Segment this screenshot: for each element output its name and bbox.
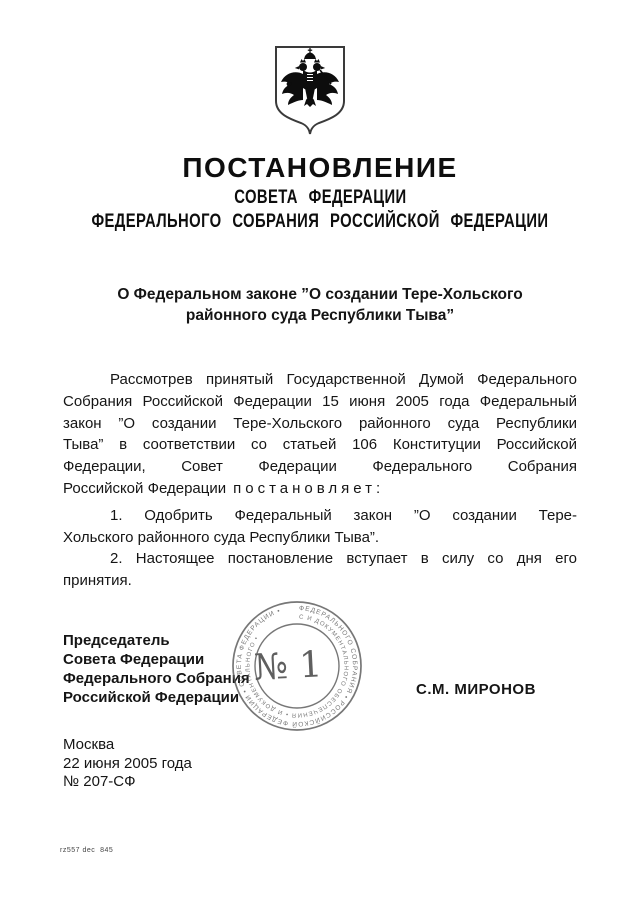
item-2-line-1: 2. Настоящее постановление вступает в си…: [63, 548, 577, 570]
org-name-text-1: СОВЕТА ФЕДЕРАЦИИ: [234, 187, 406, 209]
item-1-line-1: 1. Одобрить Федеральный закон ”О создани…: [63, 505, 577, 527]
body-line-resolves: Российской Федерациипостановляет:: [63, 478, 577, 500]
stamp-number: № 1: [253, 644, 323, 689]
subject-line-2: районного суда Республики Тыва”: [0, 305, 640, 326]
svg-text:ФЕДЕРАЛЬНОГО СОБРАНИЯ • РОСС: ФЕДЕРАЛЬНОГО СОБРАНИЯ • РОССИЙСКОЙ ФЕДЕР…: [236, 605, 358, 729]
item-1-line-2: Хольского районного суда Республики Тыва…: [63, 527, 577, 549]
sig-position-line: Федерального Собрания: [63, 669, 250, 688]
body-line: Тыва” в соответствии со статьей 106 Конс…: [63, 434, 577, 456]
item-2-line-2: принятия.: [63, 570, 577, 592]
resolves-prefix: Российской Федерации: [63, 480, 226, 497]
svg-text:С И ДОКУМЕНТАЛЬНОГО ОБЕСПЕЧЕНИ: С И ДОКУМЕНТАЛЬНОГО ОБЕСПЕЧЕНИЯ • И ДОКУ…: [245, 614, 348, 717]
footer-file-note: rz557 dec 845: [60, 847, 113, 854]
issue-number: № 207-СФ: [63, 773, 192, 792]
document-page: ПОСТАНОВЛЕНИЕ СОВЕТА ФЕДЕРАЦИИ ФЕДЕРАЛЬН…: [0, 0, 640, 900]
org-name-line-2: ФЕДЕРАЛЬНОГО СОБРАНИЯ РОССИЙСКОЙ ФЕДЕРАЦ…: [0, 211, 640, 233]
body-line: Федерации, Совет Федерации Федерального …: [63, 456, 577, 478]
org-name-text-2: ФЕДЕРАЛЬНОГО СОБРАНИЯ РОССИЙСКОЙ ФЕДЕРАЦ…: [92, 211, 549, 233]
signature-position-block: Председатель Совета Федерации Федерально…: [63, 631, 250, 707]
document-subject: О Федеральном законе ”О создании Тере-Хо…: [0, 284, 640, 326]
issue-date: 22 июня 2005 года: [63, 755, 192, 774]
stamp-inner-ring-text: С И ДОКУМЕНТАЛЬНОГО ОБЕСПЕЧЕНИЯ • И ДОКУ…: [245, 614, 348, 717]
sig-position-line: Российской Федерации: [63, 688, 250, 707]
subject-line-1: О Федеральном законе ”О создании Тере-Хо…: [0, 284, 640, 305]
stamp-outer-ring-text: ФЕДЕРАЛЬНОГО СОБРАНИЯ • РОССИЙСКОЙ ФЕДЕР…: [236, 605, 358, 729]
paragraph-preamble: Рассмотрев принятый Государственной Думо…: [63, 369, 577, 500]
issue-info: Москва 22 июня 2005 года № 207-СФ: [63, 736, 192, 792]
document-title: ПОСТАНОВЛЕНИЕ: [0, 152, 640, 184]
body-line: Собрания Российской Федерации 15 июня 20…: [63, 391, 577, 413]
document-body: Рассмотрев принятый Государственной Думо…: [63, 369, 577, 592]
sig-position-line: Совета Федерации: [63, 650, 250, 669]
resolution-items: 1. Одобрить Федеральный закон ”О создани…: [63, 505, 577, 592]
resolves-word: постановляет:: [233, 480, 384, 497]
org-name-line-1: СОВЕТА ФЕДЕРАЦИИ: [0, 187, 640, 209]
body-line: закон ”О создании Тере-Хольского районно…: [63, 413, 577, 435]
sig-position-line: Председатель: [63, 631, 250, 650]
issue-city: Москва: [63, 736, 192, 755]
body-line: Рассмотрев принятый Государственной Думо…: [63, 369, 577, 391]
russian-coat-of-arms-icon: [271, 44, 349, 136]
signer-name: С.М. МИРОНОВ: [416, 681, 536, 698]
